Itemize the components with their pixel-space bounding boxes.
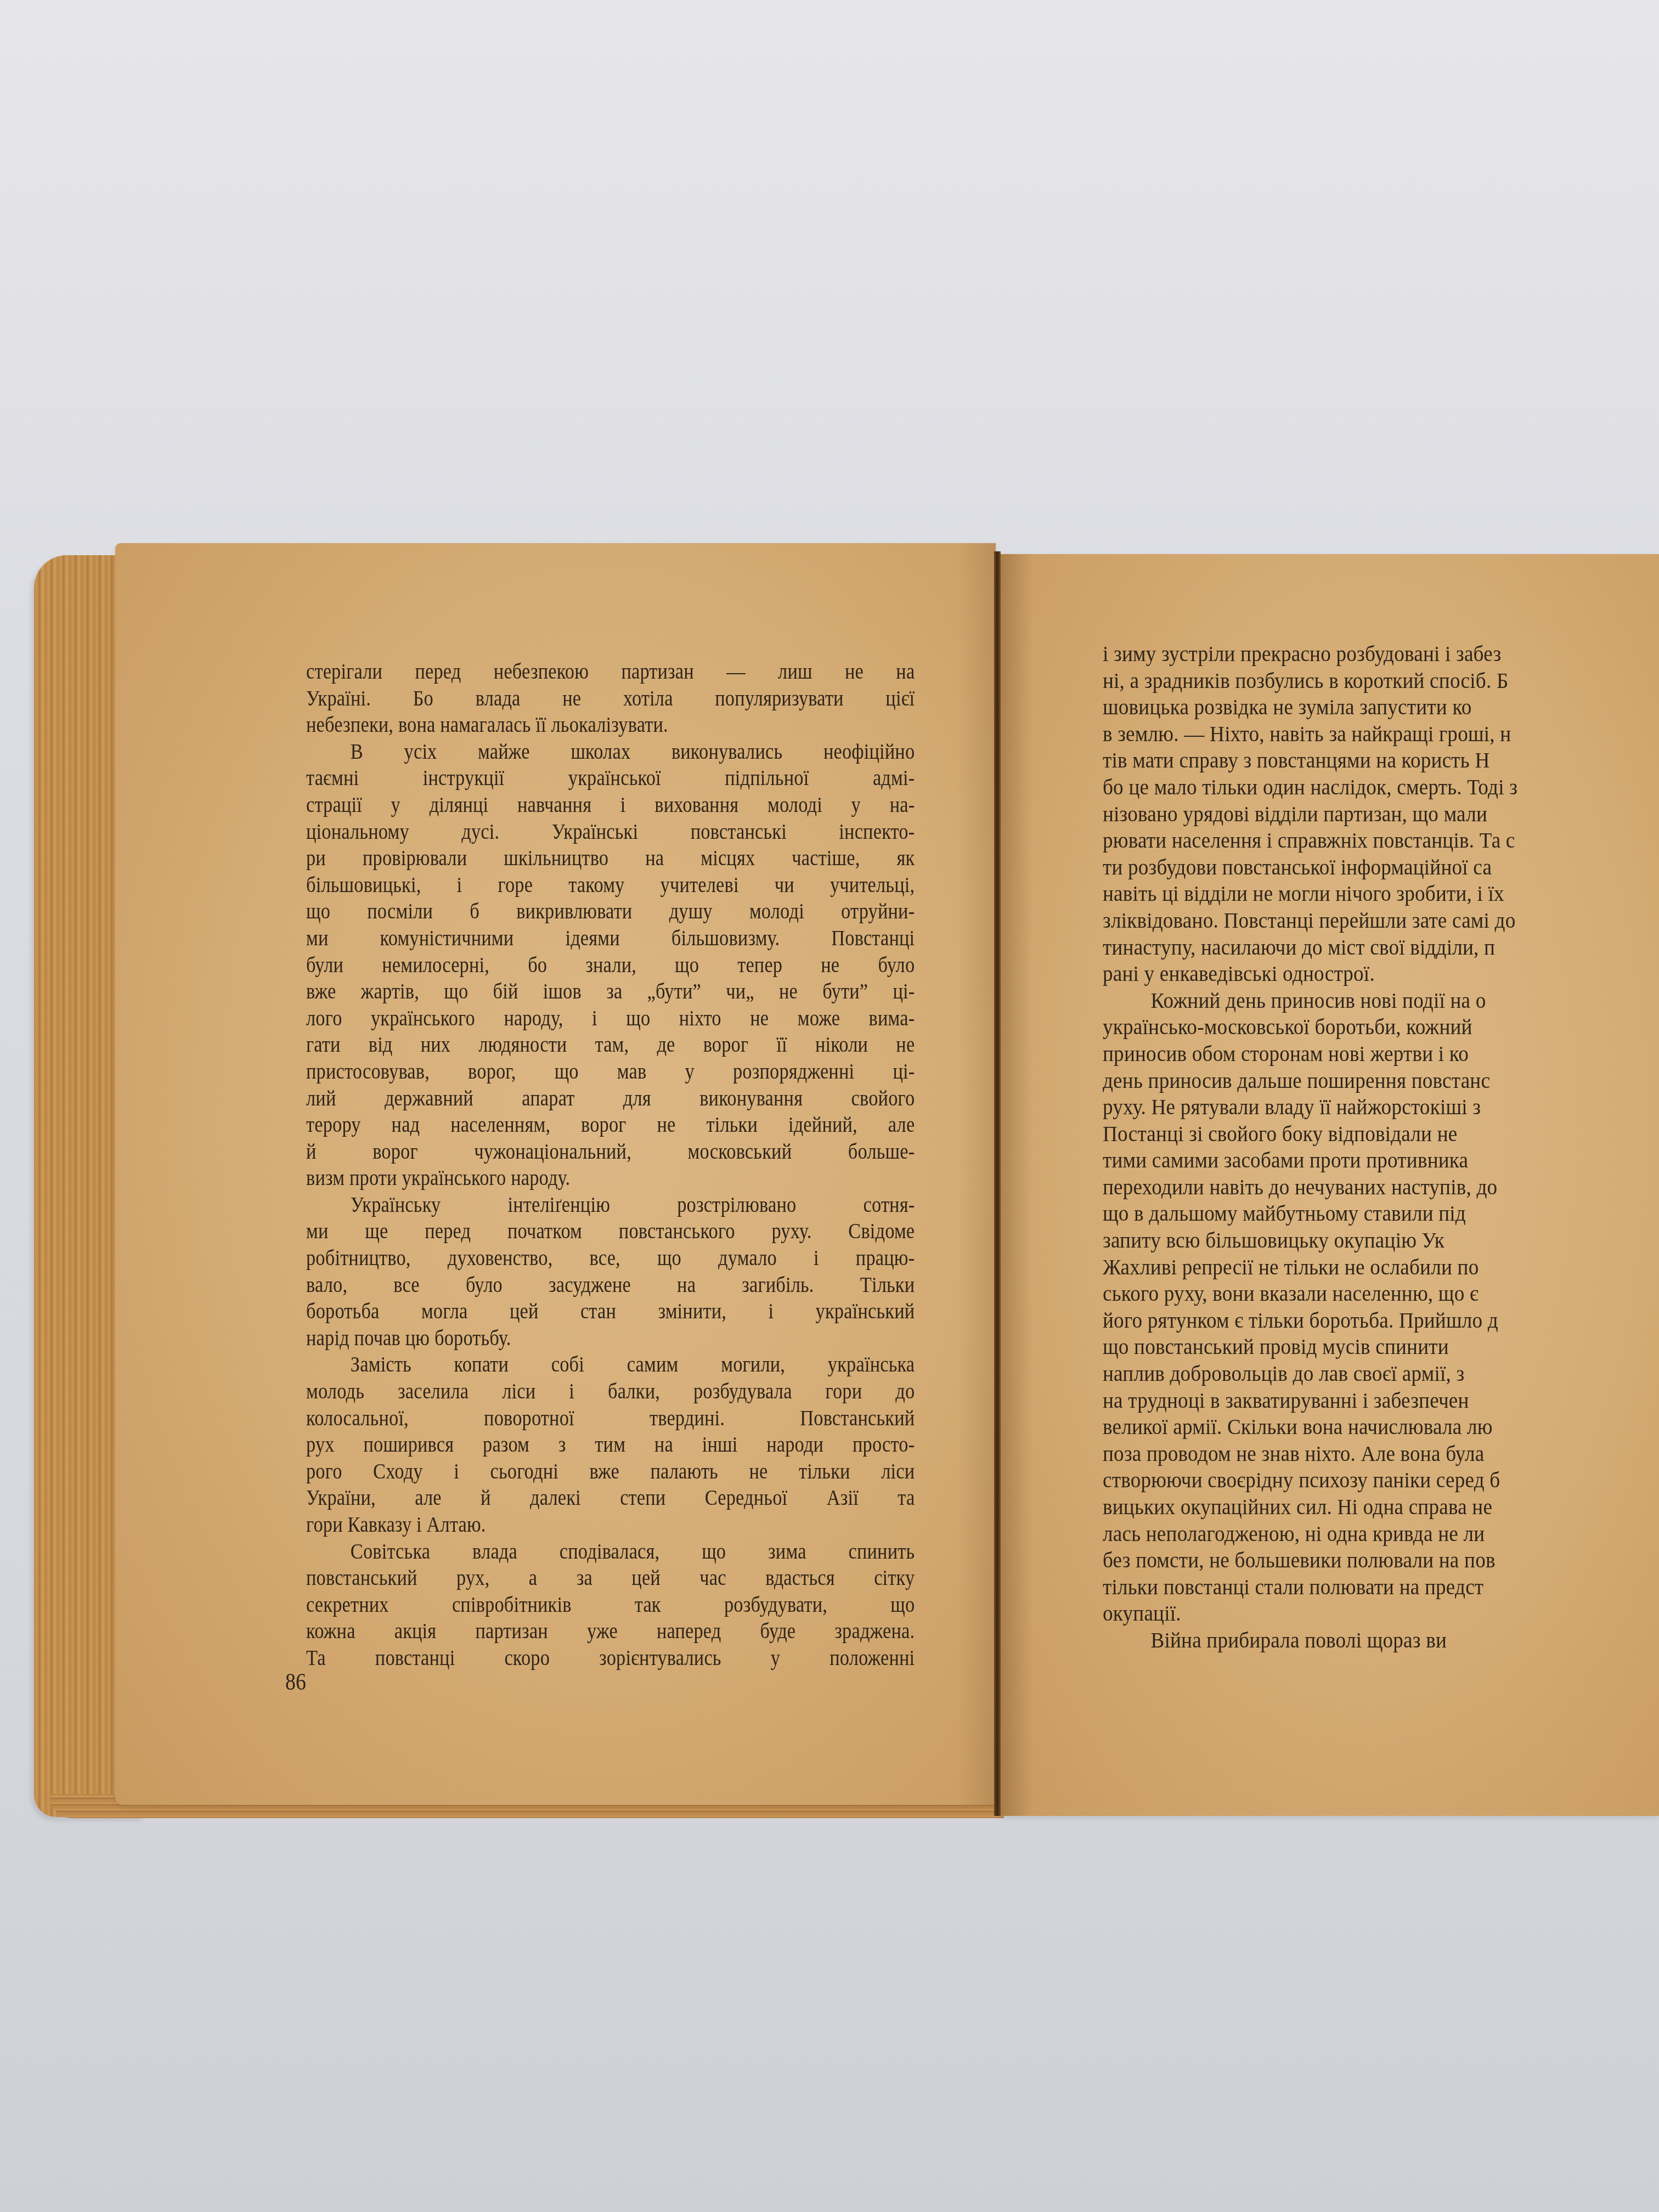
text-line: українсько-московської боротьби, кожний bbox=[1103, 1014, 1659, 1041]
text-line: рані у енкаведівські однострої. bbox=[1103, 961, 1659, 988]
text-line: нізовано урядові відділи партизан, що ма… bbox=[1103, 801, 1659, 828]
text-line: і зиму зустріли прекрасно розбудовані і … bbox=[1103, 641, 1659, 668]
text-line: ні, а зрадників позбулись в короткий спо… bbox=[1103, 668, 1659, 695]
book-gutter bbox=[994, 551, 1001, 1816]
text-line: ми ще перед початком повстанського руху.… bbox=[306, 1218, 915, 1245]
text-line: таємні інструкції української підпільної… bbox=[306, 765, 915, 792]
text-line: вицьких окупаційних сил. Ні одна справа … bbox=[1103, 1494, 1659, 1521]
text-line: нарід почав цю боротьбу. bbox=[306, 1325, 915, 1352]
text-line: визм проти українського народу. bbox=[306, 1165, 915, 1192]
text-line: руху. Не рятували владу її найжорстокіші… bbox=[1103, 1094, 1659, 1121]
text-line: страції у ділянці навчання і виховання м… bbox=[306, 792, 915, 819]
photo-scene: стерігали перед небезпекою партизан — ли… bbox=[0, 0, 1659, 2212]
text-line: Війна прибирала поволі щораз ви bbox=[1103, 1627, 1659, 1654]
text-line: в землю. — Ніхто, навіть за найкращі гро… bbox=[1103, 721, 1659, 748]
text-line: України, але й далекі степи Середньої Аз… bbox=[306, 1485, 915, 1511]
text-line: що в дальшому майбутньому ставили під bbox=[1103, 1200, 1659, 1227]
text-line: ри провірювали шкільництво на місцях час… bbox=[306, 845, 915, 872]
text-line: вже жартів, що бій ішов за „бути” чи„ не… bbox=[306, 978, 915, 1005]
text-line: вало, все було засуджене на загибіль. Ті… bbox=[306, 1272, 915, 1299]
text-line: рого Сходу і сьогодні вже палають не тіл… bbox=[306, 1458, 915, 1485]
text-line: секретних співробітників так розбудувати… bbox=[306, 1592, 915, 1618]
text-line: й ворог чужонаціональний, московський бо… bbox=[306, 1138, 915, 1165]
text-line: повстанський рух, а за цей час вдасться … bbox=[306, 1565, 915, 1592]
text-line: переходили навіть до нечуваних наступів,… bbox=[1103, 1174, 1659, 1201]
text-line: поза проводом не знав ніхто. Але вона бу… bbox=[1103, 1441, 1659, 1468]
text-line: створюючи своєрідну психозу паніки серед… bbox=[1103, 1467, 1659, 1494]
text-line: ми комуністичними ідеями більшовизму. По… bbox=[306, 925, 915, 952]
text-line: гори Кавказу і Алтаю. bbox=[306, 1511, 915, 1538]
text-line: ціональному дусі. Українські повстанські… bbox=[306, 819, 915, 845]
text-line: день приносив дальше поширення повстанс bbox=[1103, 1068, 1659, 1094]
text-line: його рятунком є тільки боротьба. Прийшло… bbox=[1103, 1307, 1659, 1334]
text-line: рух поширився разом з тим на інші народи… bbox=[306, 1431, 915, 1458]
left-page-text: стерігали перед небезпекою партизан — ли… bbox=[306, 658, 916, 1672]
text-line: були немилосерні, бо знали, що тепер не … bbox=[306, 952, 915, 979]
text-line: на трудноці в закватируванні і забезпече… bbox=[1103, 1387, 1659, 1414]
text-line: кожна акція партизан уже наперед буде зр… bbox=[306, 1618, 915, 1645]
text-line: приносив обом сторонам нові жертви і ко bbox=[1103, 1041, 1659, 1068]
text-line: небезпеки, вона намагалась її льокалізув… bbox=[306, 712, 915, 738]
text-line: бо це мало тільки один наслідок, смерть.… bbox=[1103, 774, 1659, 801]
text-line: стерігали перед небезпекою партизан — ли… bbox=[306, 658, 915, 685]
text-line: наплив добровольців до лав своєї армії, … bbox=[1103, 1361, 1659, 1387]
text-line: терору над населенням, ворог не тільки і… bbox=[306, 1111, 915, 1138]
text-line: ського руху, вони вказали населенню, що … bbox=[1103, 1280, 1659, 1307]
text-line: тільки повстанці стали полювати на предс… bbox=[1103, 1574, 1659, 1601]
text-line: що посміли б викривлювати душу молоді от… bbox=[306, 898, 915, 925]
text-line: Жахливі репресії не тільки не ослабили п… bbox=[1103, 1254, 1659, 1281]
page-number: 86 bbox=[285, 1668, 306, 1696]
text-line: зліквідовано. Повстанці перейшли зате са… bbox=[1103, 907, 1659, 934]
text-line: запиту всю більшовицьку окупацію Ук bbox=[1103, 1227, 1659, 1254]
text-line: без помсти, не большевики полювали на по… bbox=[1103, 1547, 1659, 1574]
text-line: пристосовував, ворог, що мав у розпорядж… bbox=[306, 1058, 915, 1085]
text-line: тинаступу, насилаючи до міст свої відділ… bbox=[1103, 934, 1659, 961]
text-line: Совітська влада сподівалася, що зима спи… bbox=[306, 1538, 915, 1565]
text-line: Кожний день приносив нові події на о bbox=[1103, 988, 1659, 1014]
text-line: робітництво, духовенство, все, що думало… bbox=[306, 1245, 915, 1272]
text-line: молодь заселила ліси і балки, розбудувал… bbox=[306, 1378, 915, 1405]
text-line: Українську інтеліґенцію розстрілювано со… bbox=[306, 1192, 915, 1218]
text-line: боротьба могла цей стан змінити, і украї… bbox=[306, 1298, 915, 1325]
text-line: тів мати справу з повстанцями на користь… bbox=[1103, 747, 1659, 774]
text-line: що повстанський провід мусів спинити bbox=[1103, 1334, 1659, 1361]
right-page-text: і зиму зустріли прекрасно розбудовані і … bbox=[1103, 641, 1659, 1654]
text-line: навіть ці відділи не могли нічого зробит… bbox=[1103, 881, 1659, 907]
text-line: великої армії. Скільки вона начислювала … bbox=[1103, 1414, 1659, 1441]
text-line: В усіх майже школах виконувались неофіці… bbox=[306, 738, 915, 765]
text-line: Україні. Бо влада не хотіла популяризува… bbox=[306, 685, 915, 712]
text-line: рювати населення і справжніх повстанців.… bbox=[1103, 827, 1659, 854]
text-line: гати від них людяности там, де ворог її … bbox=[306, 1031, 915, 1058]
text-line: Та повстанці скоро зорієнтувались у поло… bbox=[306, 1645, 915, 1672]
text-line: Замість копати собі самим могили, україн… bbox=[306, 1351, 915, 1378]
text-line: тими самими засобами проти противника bbox=[1103, 1147, 1659, 1174]
text-line: Постанці зі свойого боку відповідали не bbox=[1103, 1121, 1659, 1148]
text-line: ти розбудови повстанської інформаційної … bbox=[1103, 854, 1659, 881]
text-line: колосальної, поворотної твердині. Повста… bbox=[306, 1405, 915, 1432]
text-line: лась неполагодженою, ні одна кривда не л… bbox=[1103, 1521, 1659, 1548]
text-line: шовицька розвідка не зуміла запустити ко bbox=[1103, 694, 1659, 721]
text-line: лого українського народу, і що ніхто не … bbox=[306, 1005, 915, 1032]
text-line: лий державний апарат для виконування сво… bbox=[306, 1085, 915, 1112]
text-line: більшовицькі, і горе такому учителеві чи… bbox=[306, 872, 915, 899]
text-line: окупації. bbox=[1103, 1600, 1659, 1627]
